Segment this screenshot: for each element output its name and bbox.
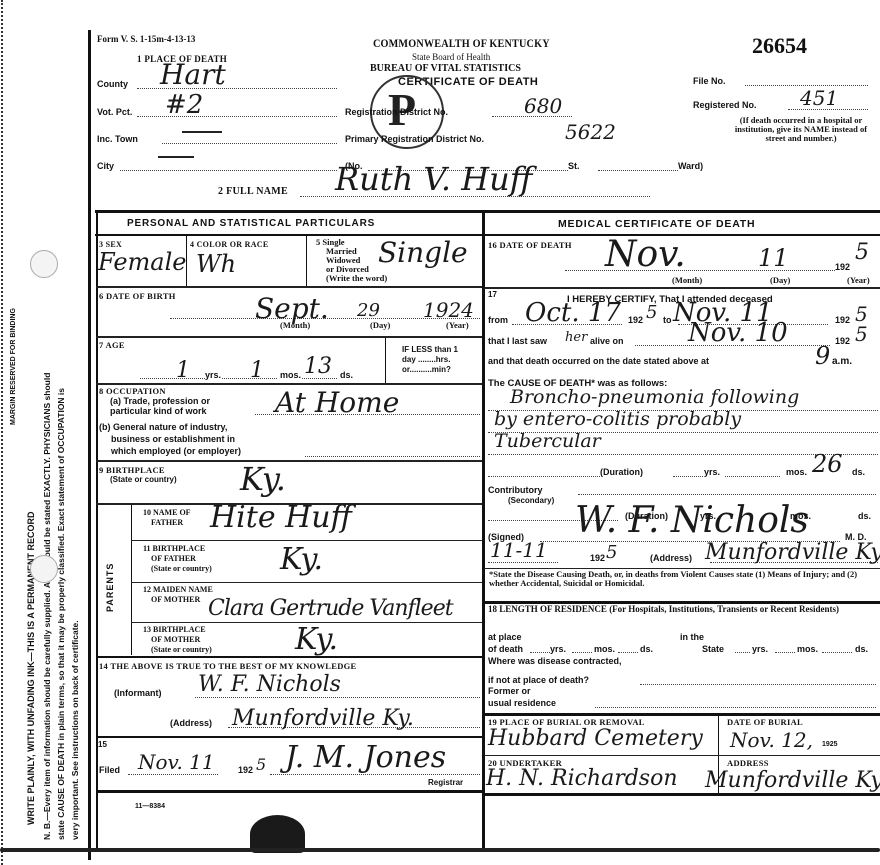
city-dash bbox=[158, 156, 194, 158]
contributory-label: Contributory bbox=[488, 485, 543, 495]
punch-hole bbox=[30, 555, 58, 583]
margin-instructions-1: N. B.—Every item of information should b… bbox=[42, 373, 52, 840]
informant-address-label: (Address) bbox=[170, 718, 212, 728]
punch-hole bbox=[30, 250, 58, 278]
father-birthplace-value: Ky. bbox=[280, 542, 323, 577]
filed-year: 5 bbox=[256, 755, 266, 774]
residence-heading: 18 LENGTH OF RESIDENCE (For Hospitals, I… bbox=[488, 604, 876, 615]
sex-value: Female bbox=[98, 248, 187, 276]
filed-date: Nov. 11 bbox=[138, 750, 215, 774]
informant-heading: 14 THE ABOVE IS TRUE TO THE BEST OF MY K… bbox=[99, 661, 357, 671]
signed-date: 11-11 bbox=[490, 538, 548, 562]
medical-section-title: MEDICAL CERTIFICATE OF DEATH bbox=[558, 218, 755, 230]
page-bottom-edge bbox=[0, 848, 880, 852]
marital-status-value: Single bbox=[378, 236, 468, 269]
registration-district-value: 680 bbox=[524, 94, 562, 118]
commonwealth-title: COMMONWEALTH OF KENTUCKY bbox=[373, 36, 550, 51]
street-label: St. bbox=[568, 161, 580, 171]
form-number: Form V. S. 1-15m-4-13-13 bbox=[97, 34, 195, 44]
informant-label: (Informant) bbox=[114, 688, 162, 698]
dob-day: 29 bbox=[357, 300, 380, 321]
dod-day: 11 bbox=[758, 244, 789, 272]
inc-town-label: Inc. Town bbox=[97, 134, 138, 144]
footer-code: 11—8384 bbox=[135, 802, 165, 812]
disease-contracted-field bbox=[640, 684, 876, 685]
race-value: Wh bbox=[196, 250, 236, 278]
dob-label: 6 DATE OF BIRTH bbox=[99, 291, 176, 301]
county-label: County bbox=[97, 79, 128, 89]
burial-date-label: DATE OF BURIAL bbox=[727, 717, 803, 727]
mother-birthplace-label: 13 BIRTHPLACE OF MOTHER (State or countr… bbox=[143, 625, 212, 655]
physician-signature: W. F. Nichols bbox=[575, 500, 809, 541]
bureau-name: BUREAU OF VITAL STATISTICS bbox=[370, 63, 521, 74]
mother-birthplace-value: Ky. bbox=[295, 622, 338, 657]
age-years: 1 bbox=[176, 358, 190, 383]
dod-label: 16 DATE OF DEATH bbox=[488, 240, 572, 250]
registrar-label: Registrar bbox=[428, 778, 463, 788]
informant-address-value: Munfordville Ky. bbox=[232, 706, 414, 731]
inc-town-dash bbox=[182, 131, 222, 133]
vot-pct-label: Vot. Pct. bbox=[97, 107, 132, 117]
attended-from-date: Oct. 17 bbox=[525, 298, 621, 328]
margin-instructions-3: very important. See instructions on back… bbox=[70, 620, 80, 840]
cause-of-death-line-1: Broncho-pneumonia following bbox=[510, 386, 799, 408]
burial-year: 1925 bbox=[822, 740, 838, 750]
margin-border bbox=[88, 30, 91, 860]
birthplace-value: Ky. bbox=[240, 460, 286, 498]
birthplace-label: 9 BIRTHPLACE bbox=[99, 465, 165, 475]
cause-footnote: *State the Disease Causing Death, or, in… bbox=[489, 570, 877, 588]
occupation-label: 8 OCCUPATION bbox=[99, 386, 166, 396]
personal-section-title: PERSONAL AND STATISTICAL PARTICULARS bbox=[127, 218, 375, 229]
age-days: 13 bbox=[304, 354, 332, 379]
registrar-signature: J. M. Jones bbox=[285, 740, 446, 775]
cause-of-death-line-3: Tubercular bbox=[494, 430, 601, 452]
burial-date-value: Nov. 12, bbox=[730, 728, 813, 752]
last-saw-date: Nov. 10 bbox=[688, 318, 788, 348]
last-saw-pronoun: her bbox=[565, 330, 587, 345]
physician-address: Munfordville Ky. bbox=[705, 540, 880, 565]
vot-pct-value: #2 bbox=[165, 90, 203, 120]
age-months: 1 bbox=[250, 358, 264, 383]
occupation-b-field bbox=[305, 456, 480, 457]
undertaker-value: H. N. Richardson bbox=[486, 766, 678, 791]
informant-value: W. F. Nichols bbox=[198, 672, 341, 697]
signed-year: 5 bbox=[606, 542, 617, 563]
race-label: 4 COLOR OR RACE bbox=[190, 240, 269, 249]
board-name: State Board of Health bbox=[412, 52, 490, 62]
dod-month: Nov. bbox=[605, 234, 686, 275]
file-number-label: File No. bbox=[693, 76, 726, 86]
burial-place-value: Hubbard Cemetery bbox=[488, 726, 703, 751]
occupation-a-label: (a) Trade, profession or particular kind… bbox=[110, 396, 210, 416]
dob-year: 1924 bbox=[423, 298, 474, 322]
undertaker-address-label: ADDRESS bbox=[727, 758, 769, 768]
marital-status-label: 5 Single Married Widowed or Divorced (Wr… bbox=[316, 238, 387, 283]
hospital-note: (If death occurred in a hospital or inst… bbox=[727, 116, 875, 143]
parents-label: PARENTS bbox=[105, 563, 115, 612]
county-value: Hart bbox=[160, 58, 226, 91]
last-saw-year: 5 bbox=[855, 322, 868, 346]
city-label: City bbox=[97, 161, 114, 171]
less-than-day-note: IF LESS than 1 day ........hrs. or......… bbox=[402, 345, 458, 375]
primary-registration-label: Primary Registration District No. bbox=[345, 134, 484, 144]
full-name-label: 2 FULL NAME bbox=[218, 186, 288, 197]
death-time-value: 9 bbox=[815, 342, 830, 370]
age-label: 7 AGE bbox=[99, 340, 125, 350]
registration-district-label: Registration District No. bbox=[345, 107, 448, 117]
undertaker-address-value: Munfordville Ky. bbox=[705, 768, 880, 793]
duration-days: 26 bbox=[812, 450, 843, 478]
registered-number-label: Registered No. bbox=[693, 100, 757, 110]
registered-number-value: 451 bbox=[800, 86, 838, 110]
filed-label: Filed bbox=[99, 765, 120, 775]
margin-reserved-text: MARGIN RESERVED FOR BINDING bbox=[10, 308, 17, 425]
father-name-label: 10 NAME OF FATHER bbox=[143, 508, 191, 528]
full-name-value: Ruth V. Huff bbox=[335, 160, 532, 198]
occupation-b-label: (b) General nature of industry, business… bbox=[99, 421, 241, 457]
occupation-a-value: At Home bbox=[275, 386, 399, 419]
mother-name-value: Clara Gertrude Vanfleet bbox=[208, 596, 453, 621]
cause-of-death-line-2: by entero-colitis probably bbox=[494, 408, 741, 430]
death-time-text: and that death occurred on the date stat… bbox=[488, 356, 709, 366]
attended-from-year: 5 bbox=[646, 302, 657, 323]
father-birthplace-label: 11 BIRTHPLACE OF FATHER (State or countr… bbox=[143, 544, 212, 574]
mother-name-label: 12 MAIDEN NAME OF MOTHER bbox=[143, 585, 213, 605]
certificate-number: 26654 bbox=[752, 33, 807, 59]
contributory-field bbox=[578, 494, 876, 495]
dod-year: 5 bbox=[855, 240, 869, 265]
ward-label: Ward) bbox=[678, 161, 703, 171]
primary-registration-value: 5622 bbox=[565, 120, 616, 144]
margin-instructions-2: state CAUSE OF DEATH in plain terms, so … bbox=[56, 388, 66, 840]
father-name-value: Hite Huff bbox=[210, 500, 352, 535]
usual-residence-field bbox=[595, 707, 876, 708]
